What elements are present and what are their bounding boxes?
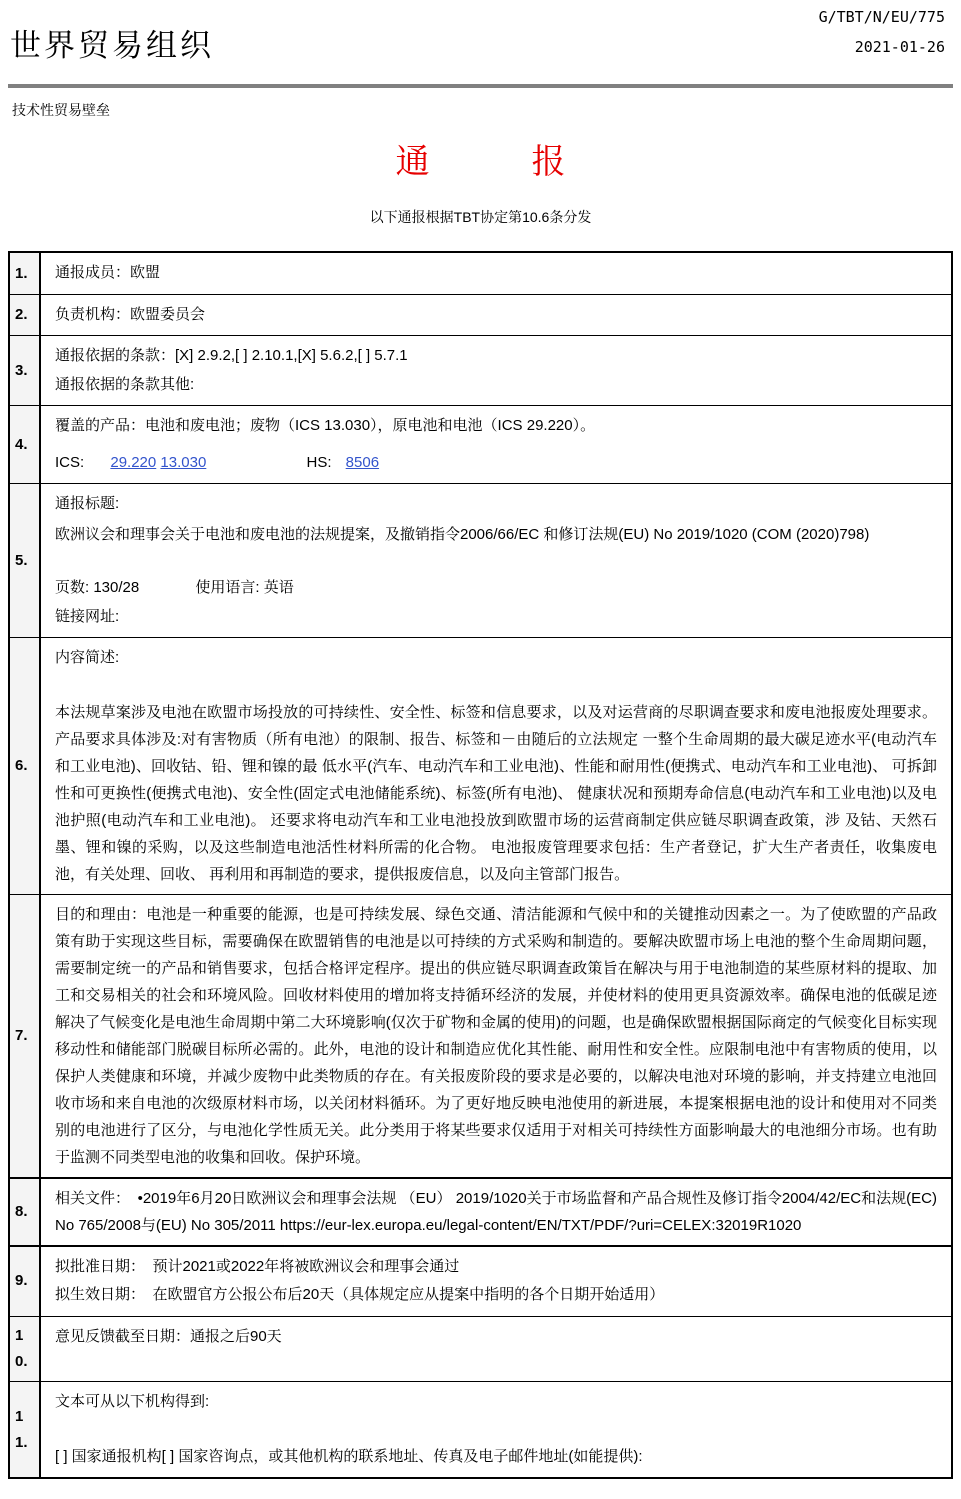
comment-deadline: 意见反馈截至日期：通报之后90天 (40, 1316, 952, 1382)
relevant-documents: 相关文件： •2019年6月20日欧洲议会和理事会法规 （EU） 2019/10… (40, 1178, 952, 1246)
wto-title: 世界贸易组织 (10, 20, 214, 65)
document-number: G/TBT/N/EU/775 (819, 2, 945, 32)
table-row: 6. 内容简述: 本法规草案涉及电池在欧盟市场投放的可持续性、安全性、标签和信息… (9, 638, 952, 895)
row-8-number: 8. (9, 1178, 40, 1246)
table-row: 5. 通报标题: 欧洲议会和理事会关于电池和废电池的法规提案，及撤销指令2006… (9, 484, 952, 638)
row-10-number: 10. (9, 1316, 40, 1382)
row-5-number: 5. (9, 484, 40, 638)
products-covered-text: 覆盖的产品：电池和废电池；废物（ICS 13.030），原电池和电池（ICS 2… (55, 412, 937, 441)
hs-label: HS: (306, 454, 331, 471)
table-row: 7. 目的和理由：电池是一种重要的能源，也是可持续发展、绿色交通、清洁能源和气候… (9, 894, 952, 1178)
objective-rationale-text: 目的和理由：电池是一种重要的能源，也是可持续发展、绿色交通、清洁能源和气候中和的… (55, 901, 937, 1171)
notification-title-cell: 通报标题: 欧洲议会和理事会关于电池和废电池的法规提案，及撤销指令2006/66… (40, 484, 952, 638)
row-11-number: 11. (9, 1382, 40, 1479)
classification-codes: ICS: 29.220 13.030 HS: 8506 (55, 449, 937, 478)
objective-rationale: 目的和理由：电池是一种重要的能源，也是可持续发展、绿色交通、清洁能源和气候中和的… (40, 894, 952, 1178)
hs-link-8506[interactable]: 8506 (346, 454, 379, 471)
pages-count: 页数: 130/28 (55, 579, 139, 596)
products-covered: 覆盖的产品：电池和废电池；废物（ICS 13.030），原电池和电池（ICS 2… (40, 406, 952, 484)
table-row: 10. 意见反馈截至日期：通报之后90天 (9, 1316, 952, 1382)
notification-table: 1. 通报成员：欧盟 2. 负责机构：欧盟委员会 3. 通报依据的条款：[X] … (8, 251, 953, 1479)
proposed-entry-date: 拟生效日期： 在欧盟官方公报公布后20天（具体规定应从提案中指明的各个日期开始适… (55, 1281, 937, 1310)
text-available-from: 文本可从以下机构得到: [ ] 国家通报机构[ ] 国家咨询点，或其他机构的联系… (40, 1382, 952, 1479)
row-1-number: 1. (9, 252, 40, 294)
table-row: 11. 文本可从以下机构得到: [ ] 国家通报机构[ ] 国家咨询点，或其他机… (9, 1382, 952, 1479)
proposed-dates: 拟批准日期： 预计2021或2022年将被欧洲议会和理事会通过 拟生效日期： 在… (40, 1246, 952, 1317)
proposed-adoption-date: 拟批准日期： 预计2021或2022年将被欧洲议会和理事会通过 (55, 1253, 937, 1282)
title-label: 通报标题: (55, 490, 937, 519)
divider-rule (8, 84, 953, 88)
ics-label: ICS: (55, 454, 84, 471)
text-available-label: 文本可从以下机构得到: (55, 1388, 937, 1417)
language: 使用语言: 英语 (195, 579, 293, 596)
notification-title-text: 欧洲议会和理事会关于电池和废电池的法规提案，及撤销指令2006/66/EC 和修… (55, 519, 937, 551)
table-row: 8. 相关文件： •2019年6月20日欧洲议会和理事会法规 （EU） 2019… (9, 1178, 952, 1246)
distribution-note: 以下通报根据TBT协定第10.6条分发 (0, 207, 961, 227)
table-row: 3. 通报依据的条款：[X] 2.9.2,[ ] 2.10.1,[X] 5.6.… (9, 336, 952, 406)
document-meta: G/TBT/N/EU/775 2021-01-26 (819, 2, 945, 62)
row-6-number: 6. (9, 638, 40, 895)
ics-link-13030[interactable]: 13.030 (160, 454, 206, 471)
section-label: 技术性贸易壁垒 (12, 100, 961, 120)
content-summary: 内容简述: 本法规草案涉及电池在欧盟市场投放的可持续性、安全性、标签和信息要求，… (40, 638, 952, 895)
table-row: 9. 拟批准日期： 预计2021或2022年将被欧洲议会和理事会通过 拟生效日期… (9, 1246, 952, 1317)
table-row: 1. 通报成员：欧盟 (9, 252, 952, 294)
notifying-member: 通报成员：欧盟 (40, 252, 952, 294)
notified-articles-other: 通报依据的条款其他: (55, 371, 937, 400)
row-9-number: 9. (9, 1246, 40, 1317)
comment-deadline-text: 意见反馈截至日期：通报之后90天 (55, 1323, 937, 1352)
relevant-documents-text: 相关文件： •2019年6月20日欧洲议会和理事会法规 （EU） 2019/10… (55, 1185, 937, 1239)
row-2-number: 2. (9, 294, 40, 336)
document-date: 2021-01-26 (819, 32, 945, 62)
table-row: 4. 覆盖的产品：电池和废电池；废物（ICS 13.030），原电池和电池（IC… (9, 406, 952, 484)
text-available-agencies: [ ] 国家通报机构[ ] 国家咨询点，或其他机构的联系地址、传真及电子邮件地址… (55, 1443, 937, 1472)
document-header: 世界贸易组织 G/TBT/N/EU/775 2021-01-26 (0, 0, 961, 84)
link-url-label: 链接网址: (55, 603, 937, 632)
row-7-number: 7. (9, 894, 40, 1178)
notification-title: 通 报 (0, 134, 961, 183)
responsible-agency: 负责机构：欧盟委员会 (40, 294, 952, 336)
ics-link-29220[interactable]: 29.220 (110, 454, 156, 471)
row-3-number: 3. (9, 336, 40, 406)
notified-articles-line: 通报依据的条款：[X] 2.9.2,[ ] 2.10.1,[X] 5.6.2,[… (55, 342, 937, 371)
table-row: 2. 负责机构：欧盟委员会 (9, 294, 952, 336)
content-summary-label: 内容简述: (55, 644, 937, 673)
row-4-number: 4. (9, 406, 40, 484)
notification-document: 世界贸易组织 G/TBT/N/EU/775 2021-01-26 技术性贸易壁垒… (0, 0, 961, 1479)
notified-articles: 通报依据的条款：[X] 2.9.2,[ ] 2.10.1,[X] 5.6.2,[… (40, 336, 952, 406)
pages-language-line: 页数: 130/28 使用语言: 英语 (55, 574, 937, 603)
content-summary-text: 本法规草案涉及电池在欧盟市场投放的可持续性、安全性、标签和信息要求，以及对运营商… (55, 699, 937, 888)
